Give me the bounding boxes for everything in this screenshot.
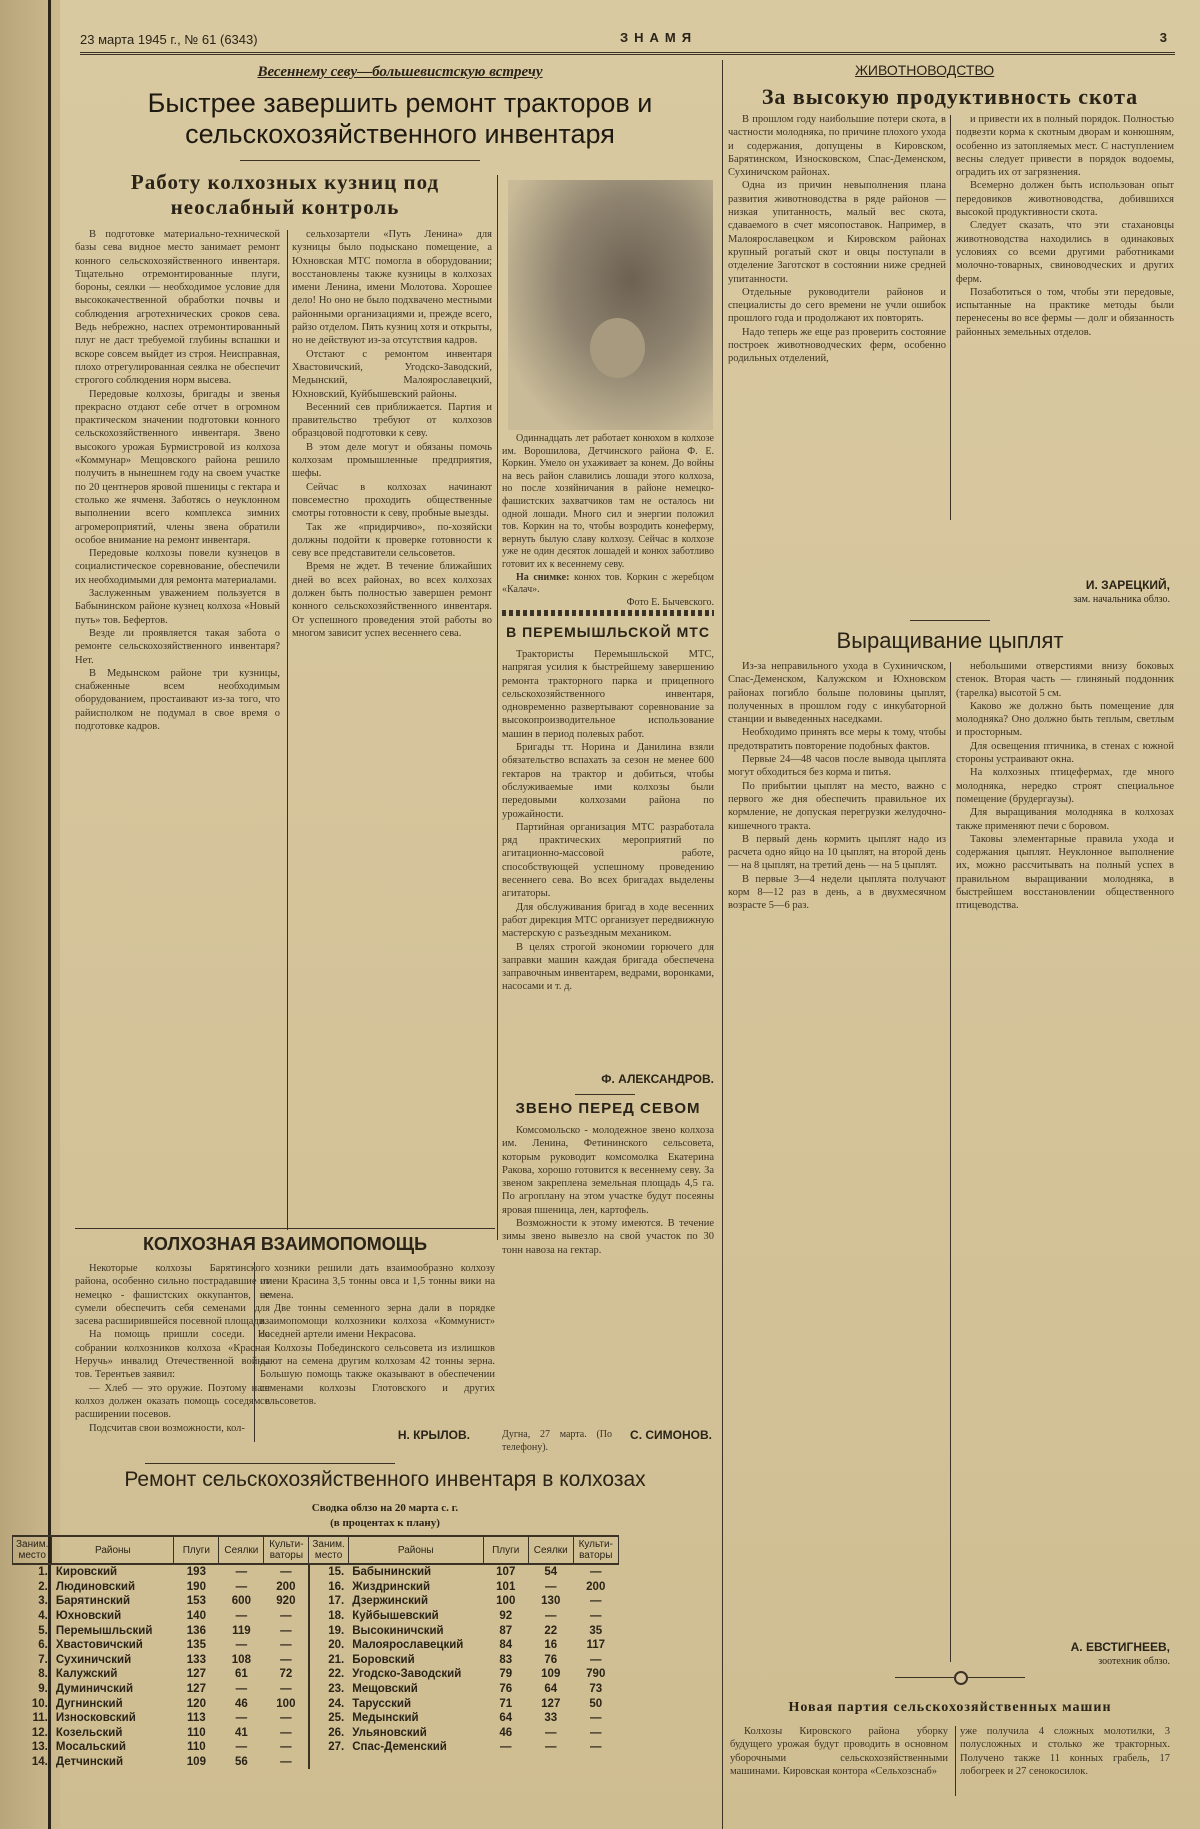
column-rule bbox=[254, 1262, 255, 1442]
cultivators-cell: — bbox=[573, 1740, 618, 1755]
district-cell: Перемышльский bbox=[52, 1623, 174, 1638]
cultivators-cell: — bbox=[573, 1564, 618, 1580]
cultivators-cell: — bbox=[573, 1711, 618, 1726]
plows-cell: 127 bbox=[174, 1667, 219, 1682]
rank-cell: 17. bbox=[309, 1594, 348, 1609]
cultivators-cell: 50 bbox=[573, 1696, 618, 1711]
column-rule bbox=[287, 230, 288, 1230]
table-row: 11.Износковский113——25.Медынский6433— bbox=[13, 1711, 619, 1726]
issue-date: 23 марта 1945 г., № 61 (6343) bbox=[80, 32, 258, 47]
seeders-cell: — bbox=[528, 1609, 573, 1624]
seeders-cell: — bbox=[528, 1726, 573, 1741]
table-subtitle-units: (в процентах к плану) bbox=[70, 1517, 700, 1529]
table-row: 10.Дугнинский1204610024.Тарусский7112750 bbox=[13, 1696, 619, 1711]
district-cell: Спас-Деменский bbox=[348, 1740, 483, 1755]
article-title-mts: В ПЕРЕМЫШЛЬСКОЙ МТС bbox=[502, 624, 714, 640]
cultivators-cell: 35 bbox=[573, 1623, 618, 1638]
cultivators-cell: — bbox=[264, 1623, 309, 1638]
table-row: 12.Козельский11041—26.Ульяновский46—— bbox=[13, 1726, 619, 1741]
repair-progress-table: Заним. место Районы Плуги Сеялки Культи-… bbox=[12, 1535, 619, 1769]
district-cell: Детчинский bbox=[52, 1755, 174, 1770]
plows-cell: 46 bbox=[483, 1726, 528, 1741]
cultivators-cell: 100 bbox=[264, 1696, 309, 1711]
rank-cell: 9. bbox=[13, 1682, 52, 1697]
district-cell: Хвастовичский bbox=[52, 1638, 174, 1653]
column-rule bbox=[950, 662, 951, 1662]
cultivators-cell: 200 bbox=[264, 1580, 309, 1595]
article-help-col1: Некоторые колхозы Барятинского района, о… bbox=[75, 1262, 270, 1442]
seeders-cell: 22 bbox=[528, 1623, 573, 1638]
rank-cell: 23. bbox=[309, 1682, 348, 1697]
cultivators-cell: 200 bbox=[573, 1580, 618, 1595]
author-evstigneev-title: зоотехник облзо. bbox=[956, 1656, 1170, 1667]
district-cell: Юхновский bbox=[52, 1609, 174, 1624]
plows-cell: 193 bbox=[174, 1564, 219, 1580]
seeders-cell: 54 bbox=[528, 1564, 573, 1580]
cultivators-cell: — bbox=[573, 1594, 618, 1609]
cultivators-cell: — bbox=[573, 1653, 618, 1668]
rank-cell: 15. bbox=[309, 1564, 348, 1580]
rank-cell: 5. bbox=[13, 1623, 52, 1638]
rank-cell: 8. bbox=[13, 1667, 52, 1682]
district-cell: Боровский bbox=[348, 1653, 483, 1668]
rank-cell: 6. bbox=[13, 1638, 52, 1653]
section-rule bbox=[722, 60, 723, 1829]
district-cell: Мосальский bbox=[52, 1740, 174, 1755]
section-rubric-livestock: ЖИВОТНОВОДСТВО bbox=[855, 62, 994, 78]
photo-credit: Фото Е. Бычевского. bbox=[502, 597, 714, 610]
rank-cell: 18. bbox=[309, 1609, 348, 1624]
district-cell: Малоярославецкий bbox=[348, 1638, 483, 1653]
table-row: 4.Юхновский140——18.Куйбышевский92—— bbox=[13, 1609, 619, 1624]
seeders-cell: 33 bbox=[528, 1711, 573, 1726]
district-cell: Дзержинский bbox=[348, 1594, 483, 1609]
article-title-livestock: За высокую продуктивность скота bbox=[730, 84, 1170, 109]
seeders-cell: — bbox=[219, 1711, 264, 1726]
plows-cell: 107 bbox=[483, 1564, 528, 1580]
rank-cell: 21. bbox=[309, 1653, 348, 1668]
page-number: 3 bbox=[1160, 30, 1167, 45]
divider bbox=[240, 160, 480, 161]
main-headline: Быстрее завершить ремонт тракторов и сел… bbox=[110, 88, 690, 150]
plows-cell: 101 bbox=[483, 1580, 528, 1595]
district-cell: Медынский bbox=[348, 1711, 483, 1726]
rank-cell: 24. bbox=[309, 1696, 348, 1711]
article-chicks-col2: небольшими отверстиями внизу боковых сте… bbox=[956, 660, 1174, 1620]
plows-cell: 136 bbox=[174, 1623, 219, 1638]
article-title-help: КОЛХОЗНАЯ ВЗАИМОПОМОЩЬ bbox=[75, 1234, 495, 1255]
seeders-cell bbox=[528, 1755, 573, 1770]
author-evstigneev: А. ЕВСТИГНЕЕВ, bbox=[956, 1640, 1170, 1654]
seeders-cell: — bbox=[219, 1564, 264, 1580]
district-cell: Угодско-Заводский bbox=[348, 1667, 483, 1682]
district-cell: Высокиничский bbox=[348, 1623, 483, 1638]
seeders-cell: 16 bbox=[528, 1638, 573, 1653]
district-cell: Думиничский bbox=[52, 1682, 174, 1697]
district-cell bbox=[348, 1755, 483, 1770]
ornament-circle-icon bbox=[954, 1671, 968, 1685]
plows-cell: 92 bbox=[483, 1609, 528, 1624]
seeders-cell: 108 bbox=[219, 1653, 264, 1668]
article-machines-col1: Колхозы Кировского района уборку будущег… bbox=[730, 1725, 948, 1778]
cultivators-cell: — bbox=[264, 1564, 309, 1580]
photo-caption: Одиннадцать лет работает конюхом в колхо… bbox=[502, 433, 714, 609]
cultivators-cell: — bbox=[573, 1726, 618, 1741]
plows-cell: 84 bbox=[483, 1638, 528, 1653]
rank-cell: 25. bbox=[309, 1711, 348, 1726]
col-district: Районы bbox=[52, 1536, 174, 1564]
col-cultivators: Культи-ваторы bbox=[573, 1536, 618, 1564]
newspaper-name: ЗНАМЯ bbox=[620, 30, 697, 45]
rank-cell: 2. bbox=[13, 1580, 52, 1595]
plows-cell: 135 bbox=[174, 1638, 219, 1653]
plows-cell: 79 bbox=[483, 1667, 528, 1682]
cultivators-cell: — bbox=[264, 1726, 309, 1741]
plows-cell: 110 bbox=[174, 1726, 219, 1741]
article-livestock-col2: и привести их в полный порядок. Полность… bbox=[956, 113, 1174, 498]
table-row: 1.Кировский193——15.Бабынинский10754— bbox=[13, 1564, 619, 1580]
repair-table: Заним. место Районы Плуги Сеялки Культи-… bbox=[12, 1535, 712, 1769]
divider bbox=[910, 620, 990, 621]
district-cell: Кировский bbox=[52, 1564, 174, 1580]
section-rubric: Весеннему севу—большевистскую встречу bbox=[180, 64, 620, 81]
cultivators-cell: — bbox=[264, 1653, 309, 1668]
district-cell: Дугнинский bbox=[52, 1696, 174, 1711]
plows-cell: 120 bbox=[174, 1696, 219, 1711]
seeders-cell: — bbox=[528, 1740, 573, 1755]
col-district: Районы bbox=[348, 1536, 483, 1564]
plows-cell: 87 bbox=[483, 1623, 528, 1638]
table-row: 3.Барятинский15360092017.Дзержинский1001… bbox=[13, 1594, 619, 1609]
rank-cell: 27. bbox=[309, 1740, 348, 1755]
table-row: 9.Думиничский127——23.Мещовский766473 bbox=[13, 1682, 619, 1697]
district-cell: Тарусский bbox=[348, 1696, 483, 1711]
district-cell: Бабынинский bbox=[348, 1564, 483, 1580]
plows-cell: 83 bbox=[483, 1653, 528, 1668]
plows-cell: 190 bbox=[174, 1580, 219, 1595]
dateline: Дугна, 27 марта. (По телефону). bbox=[502, 1428, 612, 1455]
table-row: 6.Хвастовичский135——20.Малоярославецкий8… bbox=[13, 1638, 619, 1653]
district-cell: Износковский bbox=[52, 1711, 174, 1726]
district-cell: Мещовский bbox=[348, 1682, 483, 1697]
table-row: 13.Мосальский110——27.Спас-Деменский——— bbox=[13, 1740, 619, 1755]
author-zaretsky-title: зам. начальника облзо. bbox=[956, 594, 1170, 605]
seeders-cell: 76 bbox=[528, 1653, 573, 1668]
col-plows: Плуги bbox=[483, 1536, 528, 1564]
seeders-cell: — bbox=[219, 1682, 264, 1697]
plows-cell: 76 bbox=[483, 1682, 528, 1697]
plows-cell: — bbox=[483, 1740, 528, 1755]
rank-cell: 14. bbox=[13, 1755, 52, 1770]
cultivators-cell bbox=[573, 1755, 618, 1770]
seeders-cell: 600 bbox=[219, 1594, 264, 1609]
cultivators-cell: 72 bbox=[264, 1667, 309, 1682]
author-krylov: Н. КРЫЛОВ. bbox=[300, 1428, 470, 1442]
table-row: 7.Сухиничский133108—21.Боровский8376— bbox=[13, 1653, 619, 1668]
plows-cell: 127 bbox=[174, 1682, 219, 1697]
seeders-cell: 61 bbox=[219, 1667, 264, 1682]
rank-cell: 12. bbox=[13, 1726, 52, 1741]
table-row: 2.Людиновский190—20016.Жиздринский101—20… bbox=[13, 1580, 619, 1595]
author-aleksandrov: Ф. АЛЕКСАНДРОВ. bbox=[502, 1072, 714, 1086]
article-help-col2: хозники решили дать взаимообразно колхоз… bbox=[260, 1262, 495, 1427]
plows-cell: 109 bbox=[174, 1755, 219, 1770]
cultivators-cell: 920 bbox=[264, 1594, 309, 1609]
table-row: 8.Калужский127617222.Угодско-Заводский79… bbox=[13, 1667, 619, 1682]
rank-cell: 3. bbox=[13, 1594, 52, 1609]
divider bbox=[75, 1228, 495, 1229]
district-cell: Козельский bbox=[52, 1726, 174, 1741]
seeders-cell: — bbox=[219, 1740, 264, 1755]
divider bbox=[145, 1463, 395, 1464]
seeders-cell: 127 bbox=[528, 1696, 573, 1711]
plows-cell: 140 bbox=[174, 1609, 219, 1624]
seeders-cell: — bbox=[528, 1580, 573, 1595]
table-row: 5.Перемышльский136119—19.Высокиничский87… bbox=[13, 1623, 619, 1638]
rank-cell: 11. bbox=[13, 1711, 52, 1726]
article-livestock-col1: В прошлом году наибольшие потери скота, … bbox=[728, 113, 946, 523]
wavy-divider bbox=[502, 610, 714, 616]
column-rule bbox=[955, 1726, 956, 1796]
rank-cell bbox=[309, 1755, 348, 1770]
cultivators-cell: — bbox=[264, 1711, 309, 1726]
plows-cell: 64 bbox=[483, 1711, 528, 1726]
plows-cell: 110 bbox=[174, 1740, 219, 1755]
author-simonov: С. СИМОНОВ. bbox=[600, 1428, 712, 1442]
rank-cell: 7. bbox=[13, 1653, 52, 1668]
plows-cell bbox=[483, 1755, 528, 1770]
cultivators-cell: 117 bbox=[573, 1638, 618, 1653]
col-rank: Заним. место bbox=[309, 1536, 348, 1564]
seeders-cell: — bbox=[219, 1609, 264, 1624]
cultivators-cell: — bbox=[264, 1755, 309, 1770]
col-seeders: Сеялки bbox=[528, 1536, 573, 1564]
table-subtitle: Сводка облзо на 20 марта с. г. bbox=[70, 1502, 700, 1514]
article-title-chicks: Выращивание цыплят bbox=[730, 628, 1170, 654]
district-cell: Жиздринский bbox=[348, 1580, 483, 1595]
article-zveno-body: Комсомольско - молодежное звено колхоза … bbox=[502, 1124, 714, 1364]
article-title-machines: Новая партия сельскохозяйственных машин bbox=[730, 1700, 1170, 1716]
district-cell: Людиновский bbox=[52, 1580, 174, 1595]
seeders-cell: — bbox=[219, 1580, 264, 1595]
article-mts-body: Трактористы Перемышльской МТС, напрягая … bbox=[502, 648, 714, 1068]
seeders-cell: 130 bbox=[528, 1594, 573, 1609]
col-cultivators: Культи-ваторы bbox=[264, 1536, 309, 1564]
district-cell: Калужский bbox=[52, 1667, 174, 1682]
table-row: 14.Детчинский10956— bbox=[13, 1755, 619, 1770]
plows-cell: 100 bbox=[483, 1594, 528, 1609]
district-cell: Ульяновский bbox=[348, 1726, 483, 1741]
district-cell: Барятинский bbox=[52, 1594, 174, 1609]
table-title: Ремонт сельскохозяйственного инвентаря в… bbox=[70, 1468, 700, 1492]
seeders-cell: 109 bbox=[528, 1667, 573, 1682]
article-title-kuznitsy: Работу колхозных кузниц под неослабный к… bbox=[130, 170, 440, 220]
divider bbox=[575, 1094, 635, 1095]
seeders-cell: 119 bbox=[219, 1623, 264, 1638]
seeders-cell: 56 bbox=[219, 1755, 264, 1770]
rank-cell: 16. bbox=[309, 1580, 348, 1595]
cultivators-cell: — bbox=[264, 1682, 309, 1697]
author-zaretsky: И. ЗАРЕЦКИЙ, bbox=[956, 578, 1170, 592]
cultivators-cell: — bbox=[264, 1740, 309, 1755]
column-rule bbox=[950, 115, 951, 520]
col-seeders: Сеялки bbox=[219, 1536, 264, 1564]
rank-cell: 19. bbox=[309, 1623, 348, 1638]
rank-cell: 13. bbox=[13, 1740, 52, 1755]
rank-cell: 10. bbox=[13, 1696, 52, 1711]
col-plows: Плуги bbox=[174, 1536, 219, 1564]
rank-cell: 4. bbox=[13, 1609, 52, 1624]
article-kuznitsy-col1: В подготовке материально-технической баз… bbox=[75, 228, 280, 1228]
cultivators-cell: 790 bbox=[573, 1667, 618, 1682]
cultivators-cell: — bbox=[573, 1609, 618, 1624]
district-cell: Куйбышевский bbox=[348, 1609, 483, 1624]
cultivators-cell: — bbox=[264, 1638, 309, 1653]
col-rank: Заним. место bbox=[13, 1536, 52, 1564]
rank-cell: 26. bbox=[309, 1726, 348, 1741]
seeders-cell: 46 bbox=[219, 1696, 264, 1711]
rank-cell: 1. bbox=[13, 1564, 52, 1580]
rank-cell: 22. bbox=[309, 1667, 348, 1682]
seeders-cell: — bbox=[219, 1638, 264, 1653]
plows-cell: 153 bbox=[174, 1594, 219, 1609]
column-rule bbox=[497, 175, 498, 1240]
plows-cell: 133 bbox=[174, 1653, 219, 1668]
seeders-cell: 64 bbox=[528, 1682, 573, 1697]
article-title-zveno: ЗВЕНО ПЕРЕД СЕВОМ bbox=[502, 1100, 714, 1117]
seeders-cell: 41 bbox=[219, 1726, 264, 1741]
cultivators-cell: 73 bbox=[573, 1682, 618, 1697]
masthead: 23 марта 1945 г., № 61 (6343) ЗНАМЯ 3 bbox=[80, 28, 1175, 55]
article-chicks-col1: Из-за неправильного ухода в Сухиничском,… bbox=[728, 660, 946, 1660]
district-cell: Сухиничский bbox=[52, 1653, 174, 1668]
photo-horse-and-groom bbox=[508, 180, 713, 430]
cultivators-cell: — bbox=[264, 1609, 309, 1624]
plows-cell: 71 bbox=[483, 1696, 528, 1711]
plows-cell: 113 bbox=[174, 1711, 219, 1726]
article-machines-col2: уже получила 4 сложных молотилки, 3 полу… bbox=[960, 1725, 1170, 1778]
article-kuznitsy-col2: сельхозартели «Путь Ленина» для кузницы … bbox=[292, 228, 492, 1218]
rank-cell: 20. bbox=[309, 1638, 348, 1653]
